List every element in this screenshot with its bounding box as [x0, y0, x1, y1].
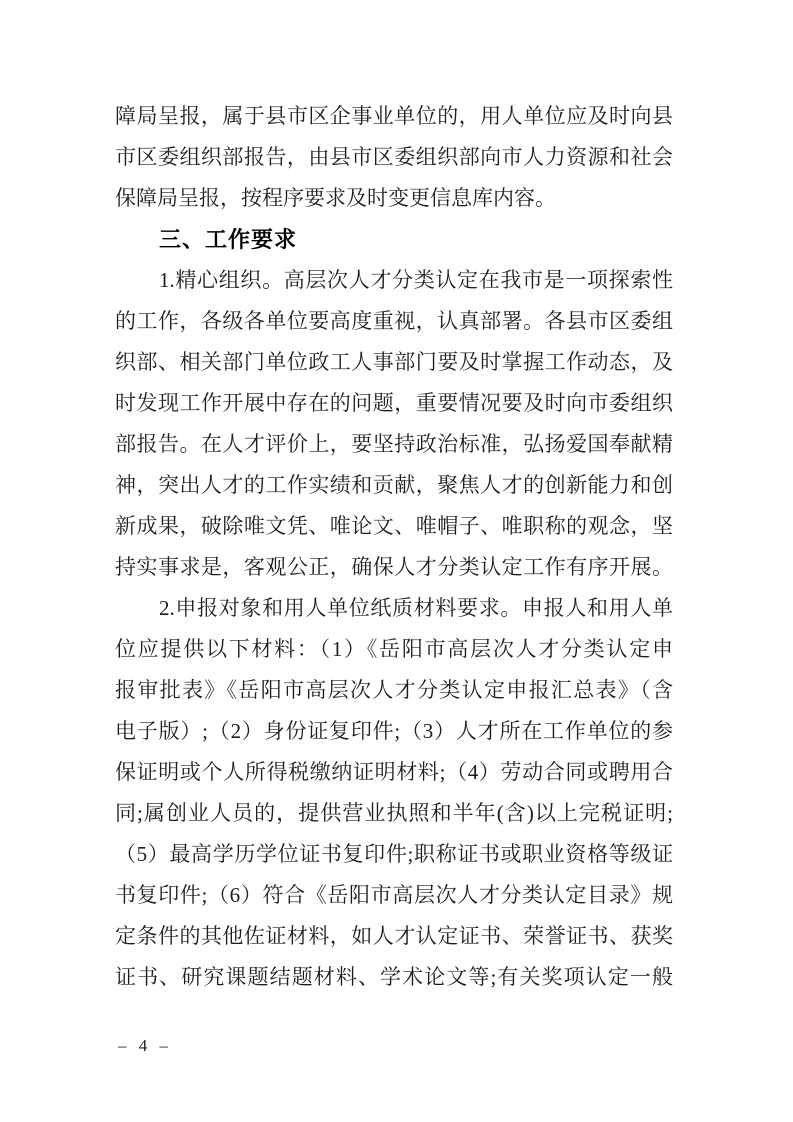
document-page: 障局呈报，属于县市区企事业单位的，用人单位应及时向县 市区委组织部报告，由县市区…: [0, 0, 793, 1122]
body-line: （5）最高学历学位证书复印件;职称证书或职业资格等级证: [115, 834, 673, 875]
body-line: 2.申报对象和用人单位纸质材料要求。申报人和用人单: [115, 588, 673, 629]
body-line: 定条件的其他佐证材料，如人才认定证书、荣誉证书、获奖: [115, 916, 673, 957]
body-line: 电子版）;（2）身份证复印件;（3）人才所在工作单位的参: [115, 711, 673, 752]
section-heading: 三、工作要求: [115, 219, 673, 260]
body-line: 1.精心组织。高层次人才分类认定在我市是一项探索性: [115, 260, 673, 301]
document-body: 障局呈报，属于县市区企事业单位的，用人单位应及时向县 市区委组织部报告，由县市区…: [115, 96, 673, 998]
body-line: 持实事求是，客观公正，确保人才分类认定工作有序开展。: [115, 547, 673, 588]
body-line: 保证明或个人所得税缴纳证明材料;（4）劳动合同或聘用合: [115, 752, 673, 793]
body-line: 位应提供以下材料：（1）《岳阳市高层次人才分类认定申: [115, 629, 673, 670]
body-line: 障局呈报，属于县市区企事业单位的，用人单位应及时向县: [115, 96, 673, 137]
body-line: 书复印件;（6）符合《岳阳市高层次人才分类认定目录》规: [115, 875, 673, 916]
body-line: 市区委组织部报告，由县市区委组织部向市人力资源和社会: [115, 137, 673, 178]
body-line: 证书、研究课题结题材料、学术论文等;有关奖项认定一般: [115, 957, 673, 998]
body-line: 保障局呈报，按程序要求及时变更信息库内容。: [115, 178, 673, 219]
body-line: 新成果，破除唯文凭、唯论文、唯帽子、唯职称的观念，坚: [115, 506, 673, 547]
page-number: – 4 –: [118, 1036, 172, 1056]
body-line: 织部、相关部门单位政工人事部门要及时掌握工作动态，及: [115, 342, 673, 383]
body-line: 同;属创业人员的，提供营业执照和半年(含)以上完税证明;: [115, 793, 673, 834]
body-line: 报审批表》《岳阳市高层次人才分类认定申报汇总表》（含: [115, 670, 673, 711]
body-line: 部报告。在人才评价上，要坚持政治标准，弘扬爱国奉献精: [115, 424, 673, 465]
body-line: 的工作，各级各单位要高度重视，认真部署。各县市区委组: [115, 301, 673, 342]
body-line: 神，突出人才的工作实绩和贡献，聚焦人才的创新能力和创: [115, 465, 673, 506]
body-line: 时发现工作开展中存在的问题，重要情况要及时向市委组织: [115, 383, 673, 424]
